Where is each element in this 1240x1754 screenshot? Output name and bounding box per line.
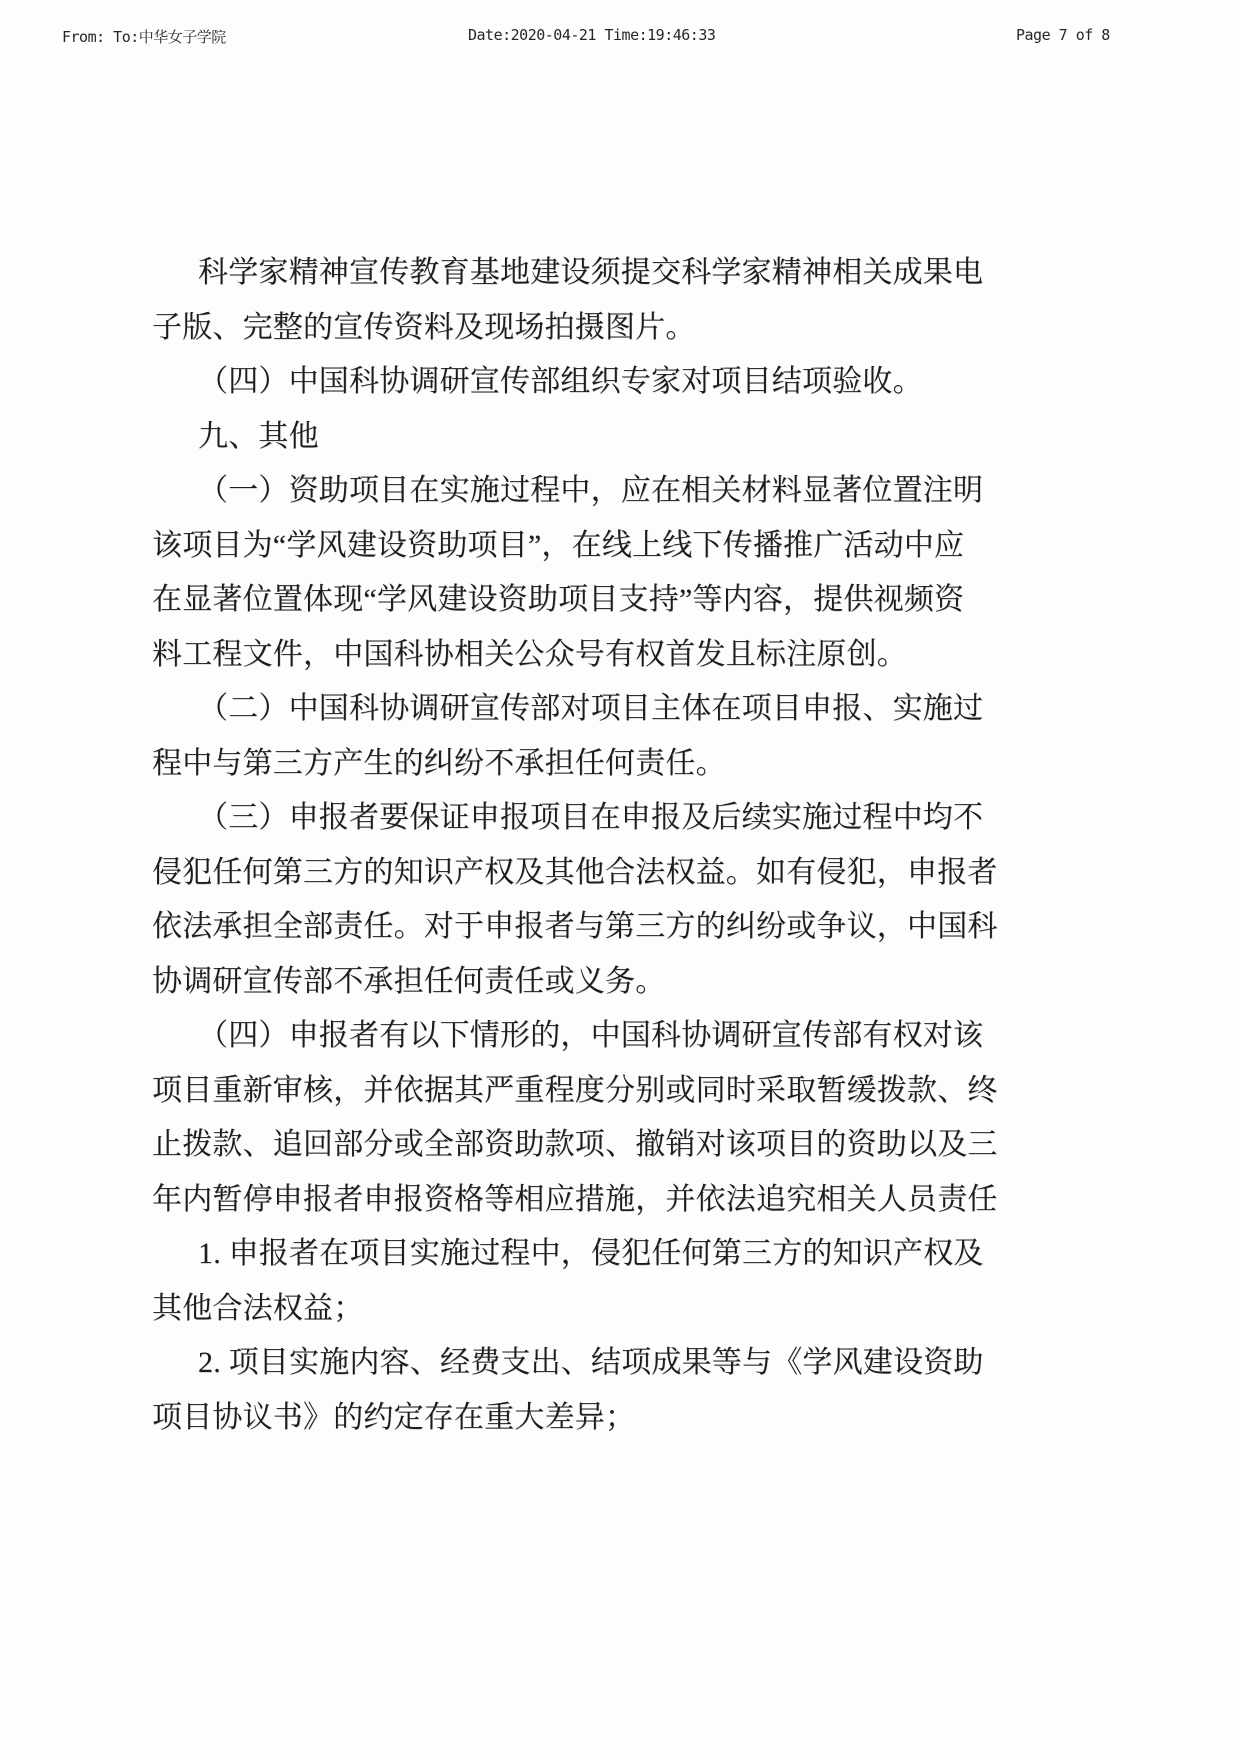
- text-line: （四）申报者有以下情形的，中国科协调研宣传部有权对该: [152, 1009, 1012, 1064]
- text-line: 该项目为“学风建设资助项目”，在线上线下传播推广活动中应: [152, 519, 1012, 574]
- scanned-document-page: From: To:中华女子学院 Date:2020-04-21 Time:19:…: [0, 0, 1240, 1754]
- text-line: 年内暂停申报者申报资格等相应措施，并依法追究相关人员责任: [152, 1173, 1012, 1228]
- fax-from-label: From: To:中华女子学院: [62, 26, 226, 47]
- text-line: 项目重新审核，并依据其严重程度分别或同时采取暂缓拨款、终: [152, 1064, 1012, 1119]
- text-line: 九、其他: [152, 410, 1012, 465]
- text-line: 科学家精神宣传教育基地建设须提交科学家精神相关成果电: [152, 246, 1012, 301]
- text-line: （三）申报者要保证申报项目在申报及后续实施过程中均不: [152, 791, 1012, 846]
- fax-header: From: To:中华女子学院 Date:2020-04-21 Time:19:…: [0, 26, 1240, 46]
- text-line: 2. 项目实施内容、经费支出、结项成果等与《学风建设资助: [152, 1336, 1012, 1391]
- text-line: （四）中国科协调研宣传部组织专家对项目结项验收。: [152, 355, 1012, 410]
- text-line: 侵犯任何第三方的知识产权及其他合法权益。如有侵犯，申报者: [152, 846, 1012, 901]
- text-line: 止拨款、追回部分或全部资助款项、撤销对该项目的资助以及三: [152, 1118, 1012, 1173]
- text-line: 程中与第三方产生的纠纷不承担任何责任。: [152, 737, 1012, 792]
- text-line: 1. 申报者在项目实施过程中，侵犯任何第三方的知识产权及: [152, 1227, 1012, 1282]
- text-line: （一）资助项目在实施过程中，应在相关材料显著位置注明: [152, 464, 1012, 519]
- text-line: 依法承担全部责任。对于申报者与第三方的纠纷或争议，中国科: [152, 900, 1012, 955]
- text-line: 协调研宣传部不承担任何责任或义务。: [152, 955, 1012, 1010]
- text-line: （二）中国科协调研宣传部对项目主体在项目申报、实施过: [152, 682, 1012, 737]
- text-line: 其他合法权益；: [152, 1282, 1012, 1337]
- fax-page-number: Page 7 of 8: [1016, 26, 1110, 44]
- text-line: 料工程文件，中国科协相关公众号有权首发且标注原创。: [152, 628, 1012, 683]
- fax-datetime-label: Date:2020-04-21 Time:19:46:33: [468, 26, 715, 44]
- document-body: 科学家精神宣传教育基地建设须提交科学家精神相关成果电子版、完整的宣传资料及现场拍…: [152, 246, 1012, 1445]
- text-line: 项目协议书》的约定存在重大差异；: [152, 1391, 1012, 1446]
- text-line: 在显著位置体现“学风建设资助项目支持”等内容，提供视频资: [152, 573, 1012, 628]
- text-line: 子版、完整的宣传资料及现场拍摄图片。: [152, 301, 1012, 356]
